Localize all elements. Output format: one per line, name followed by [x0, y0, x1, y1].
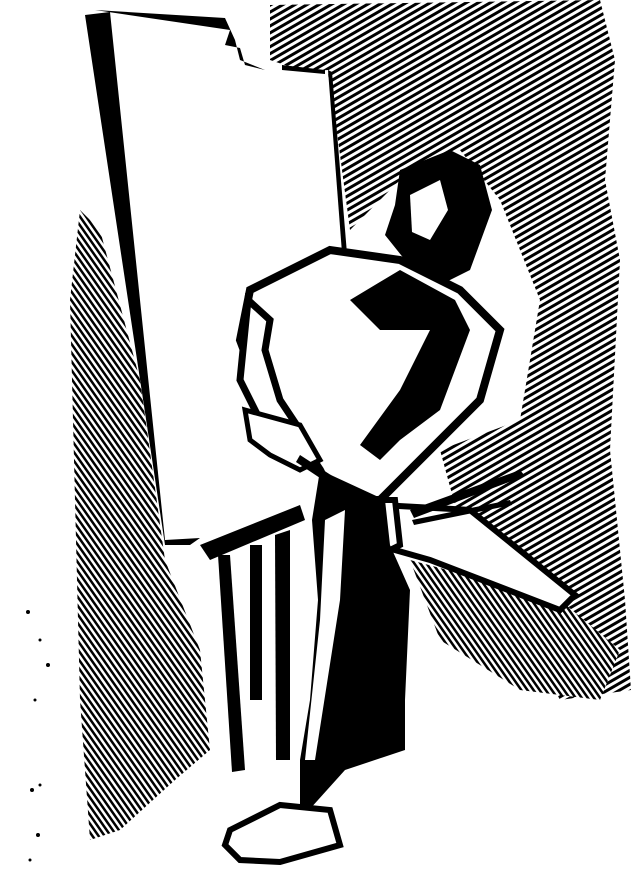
ink-speckles: [26, 610, 50, 862]
easel-legs: [200, 505, 305, 772]
painter-illustration: [0, 0, 631, 882]
illustration: [0, 0, 631, 882]
